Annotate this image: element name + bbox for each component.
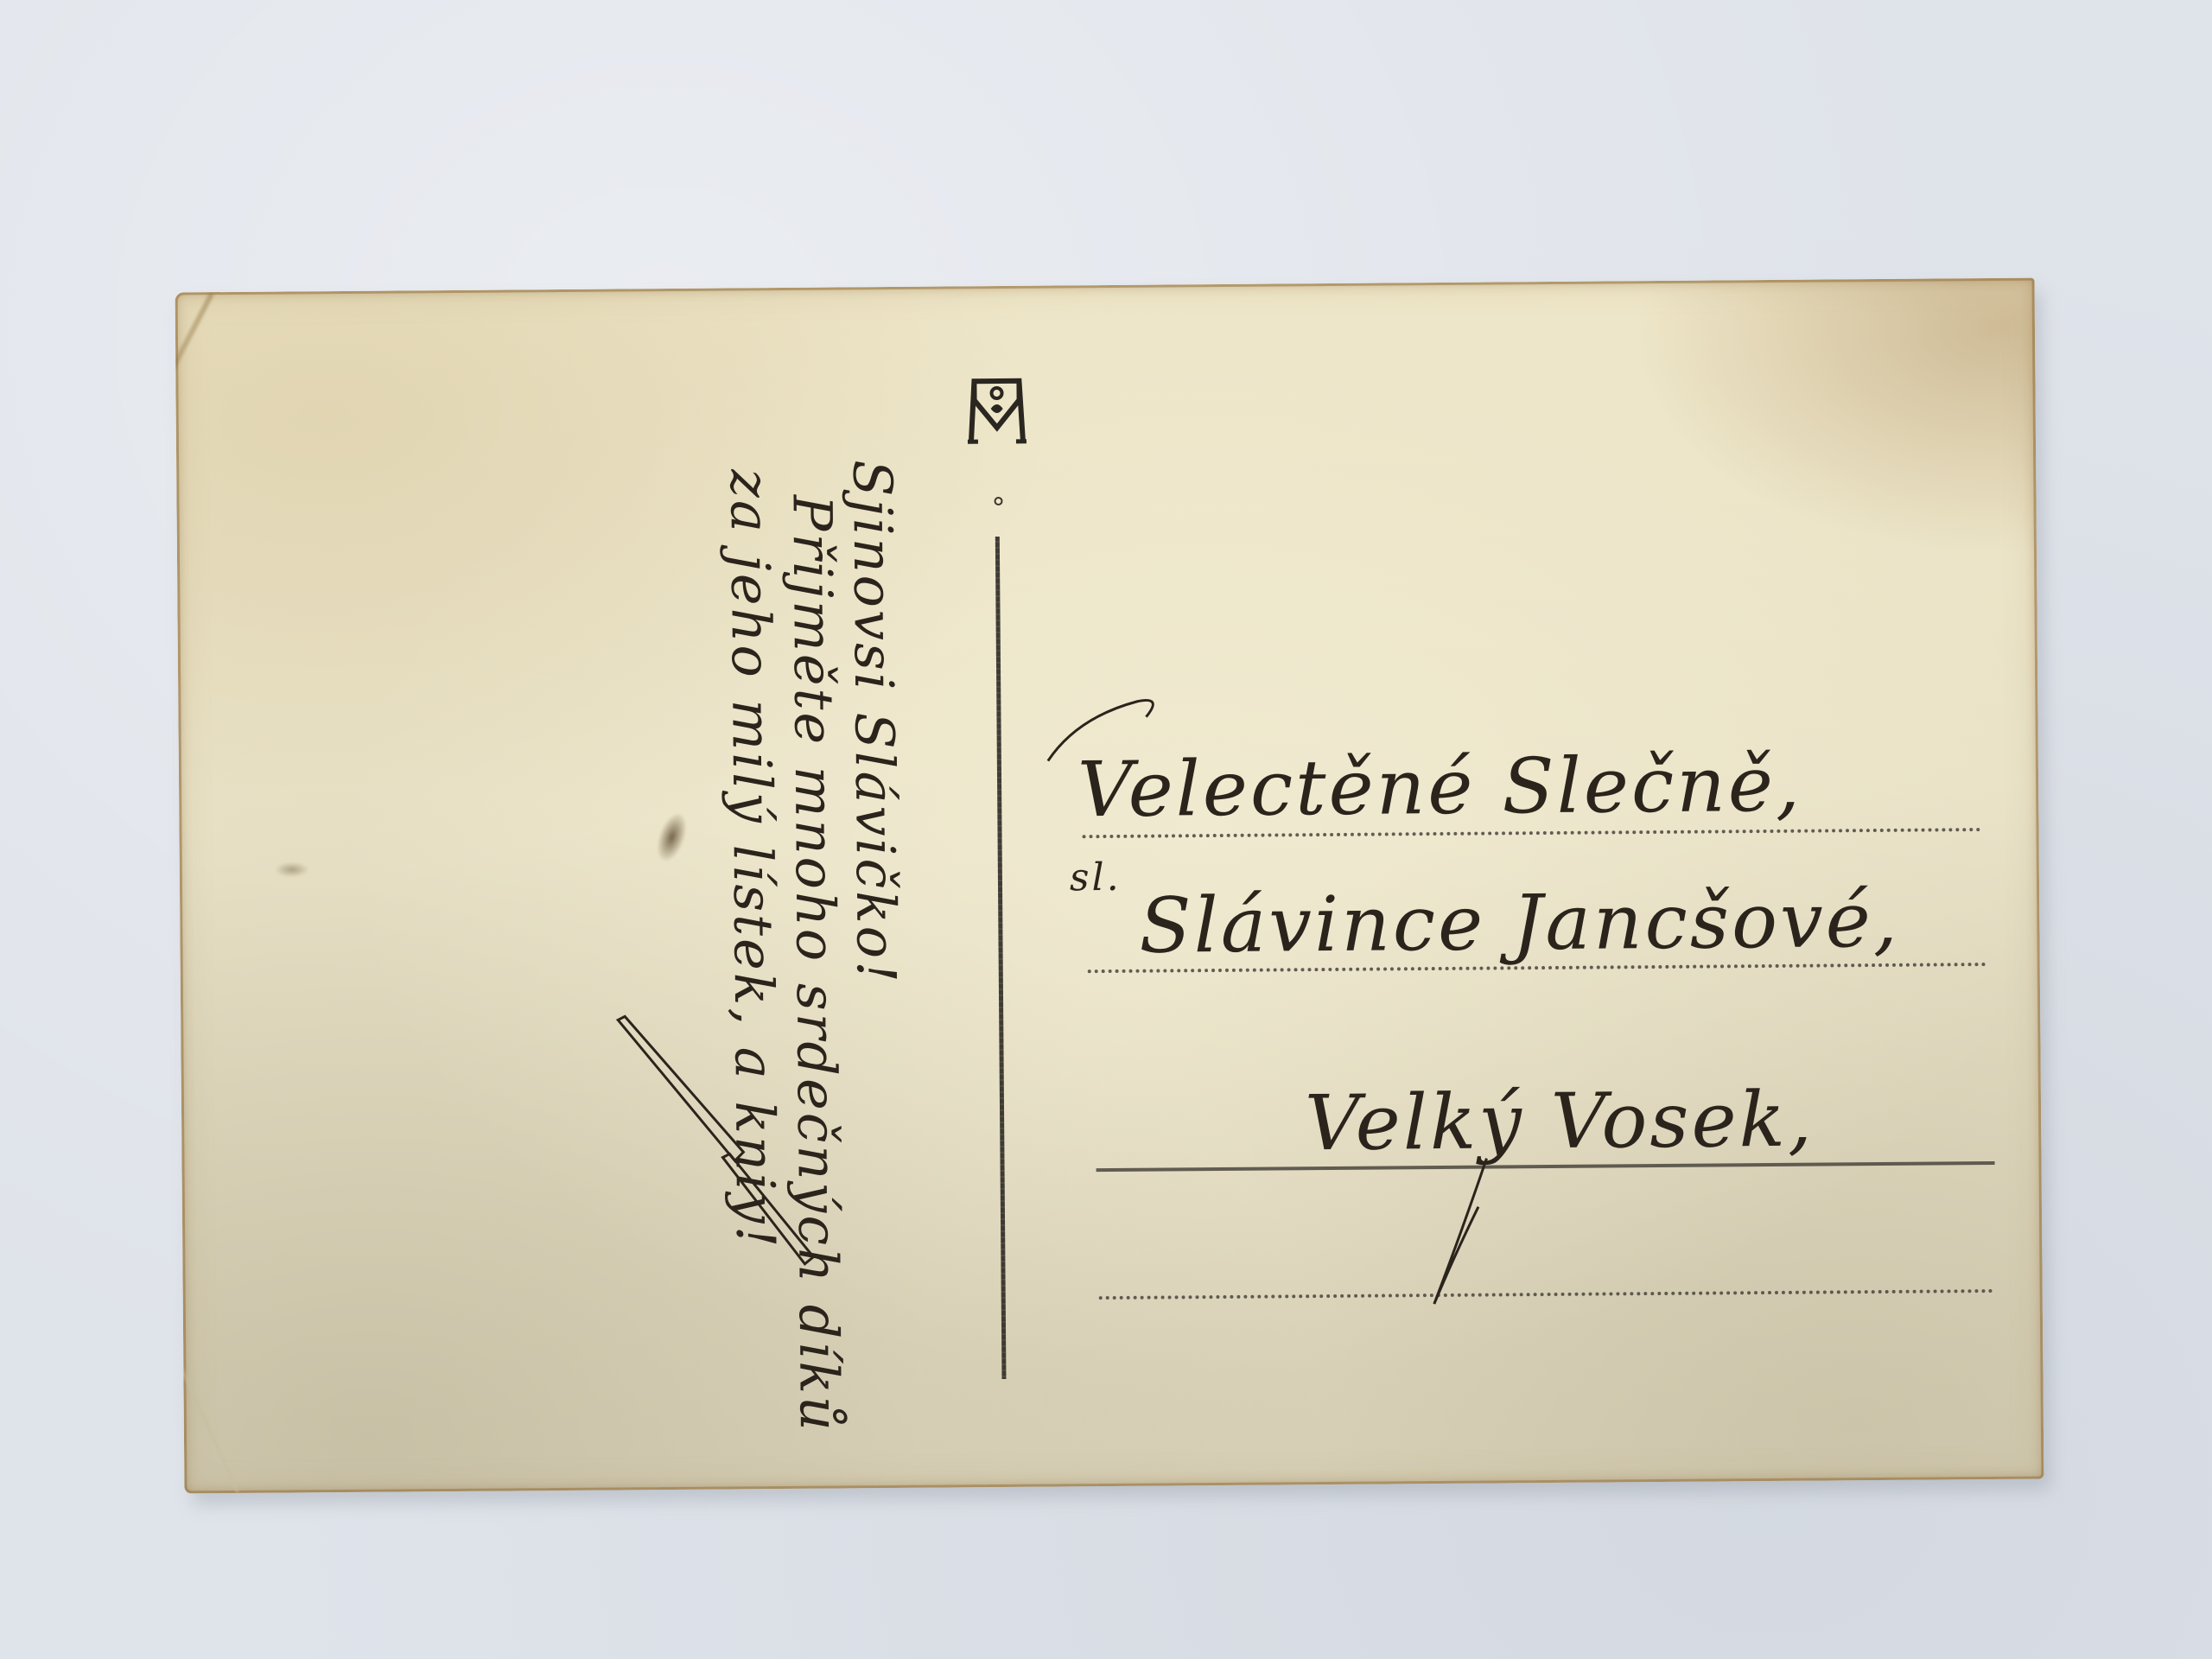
address-recipient-name: Slávince Jancšové, — [1139, 875, 1900, 970]
address-recipient-title: Velectěné Slečně, — [1077, 740, 1803, 835]
ink-speckles — [275, 861, 309, 877]
message-line-2: Přijměte mnoho srdečných díků — [780, 494, 851, 1433]
bottom-corner-crease — [175, 1342, 240, 1493]
pen-long-stroke-1 — [613, 1014, 752, 1170]
monogram-m-logo-icon — [962, 374, 1032, 446]
pen-descender-stroke — [1426, 1154, 1504, 1311]
center-divider-line — [995, 537, 1007, 1379]
ink-blot — [651, 809, 692, 867]
address-town: Velký Vosek, — [1305, 1075, 1815, 1168]
pen-flourish-stroke — [1042, 690, 1173, 769]
printed-dot — [994, 497, 1002, 505]
photo-scene: Velectěné Slečně, sl. Slávince Jancšové,… — [0, 0, 2212, 1659]
address-prefix: sl. — [1070, 855, 1122, 899]
postcard-back: Velectěné Slečně, sl. Slávince Jancšové,… — [175, 278, 2044, 1494]
corner-crease — [175, 292, 214, 555]
address-line-4 — [1099, 1289, 1993, 1300]
pen-long-stroke-2 — [717, 1152, 822, 1274]
message-line-1: Sjinovsi Slávičko! — [841, 460, 908, 985]
